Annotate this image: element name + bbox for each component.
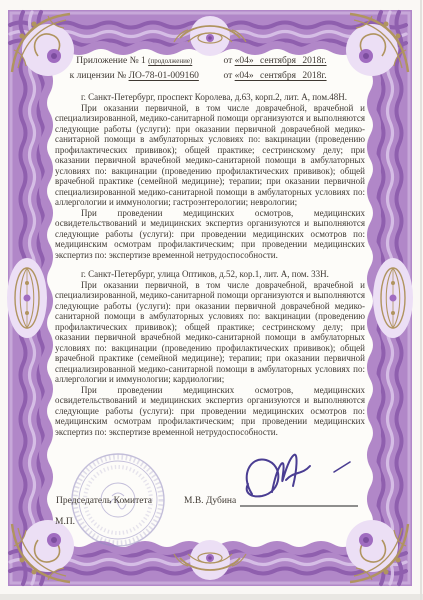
appendix-label: Приложение № 1 bbox=[76, 56, 146, 66]
dates-header: от «04» сентября 2018г. от «04» сентября… bbox=[213, 54, 365, 84]
license-line: к лицензии № ЛО-78-01-009160 bbox=[55, 69, 213, 84]
photo-edge-right bbox=[420, 0, 422, 600]
signer-name: М.В. Дубина bbox=[184, 496, 236, 506]
date-value-2: «04» сентября 2018г. bbox=[235, 71, 327, 81]
document-header: Приложение № 1 (продолжение) к лицензии … bbox=[55, 54, 365, 84]
address-line-1: г. Санкт-Петербург, проспект Королева, д… bbox=[55, 92, 365, 103]
address-line-2: г. Санкт-Петербург, улица Оптиков, д.52,… bbox=[55, 269, 365, 280]
license-prefix: к лицензии № bbox=[70, 71, 127, 81]
date-line-1: от «04» сентября 2018г. bbox=[223, 54, 365, 69]
appendix-line: Приложение № 1 (продолжение) bbox=[55, 54, 213, 69]
photo-edge-bottom bbox=[0, 594, 423, 600]
appendix-note: (продолжение) bbox=[148, 57, 192, 65]
signer-title: Председатель Комитета bbox=[56, 496, 152, 506]
date-prefix-1: от bbox=[223, 56, 232, 66]
works-paragraph-2: При проведении медицинских осмотров, мед… bbox=[55, 208, 365, 261]
seal-place-label: М.П. bbox=[55, 517, 75, 527]
works-paragraph-1: При оказании первичной, в том числе довр… bbox=[55, 103, 365, 208]
date-line-2: от «04» сентября 2018г. bbox=[223, 69, 365, 84]
handwritten-signature bbox=[236, 448, 366, 512]
date-value-1: «04» сентября 2018г. bbox=[235, 56, 327, 66]
works-paragraph-3: При оказании первичной, в том числе довр… bbox=[55, 280, 365, 385]
works-paragraph-4: При проведении медицинских осмотров, мед… bbox=[55, 385, 365, 438]
appendix-header: Приложение № 1 (продолжение) к лицензии … bbox=[55, 54, 213, 84]
date-prefix-2: от bbox=[223, 71, 232, 81]
license-document: Приложение № 1 (продолжение) к лицензии … bbox=[0, 0, 423, 600]
license-number: ЛО-78-01-009160 bbox=[129, 71, 199, 81]
